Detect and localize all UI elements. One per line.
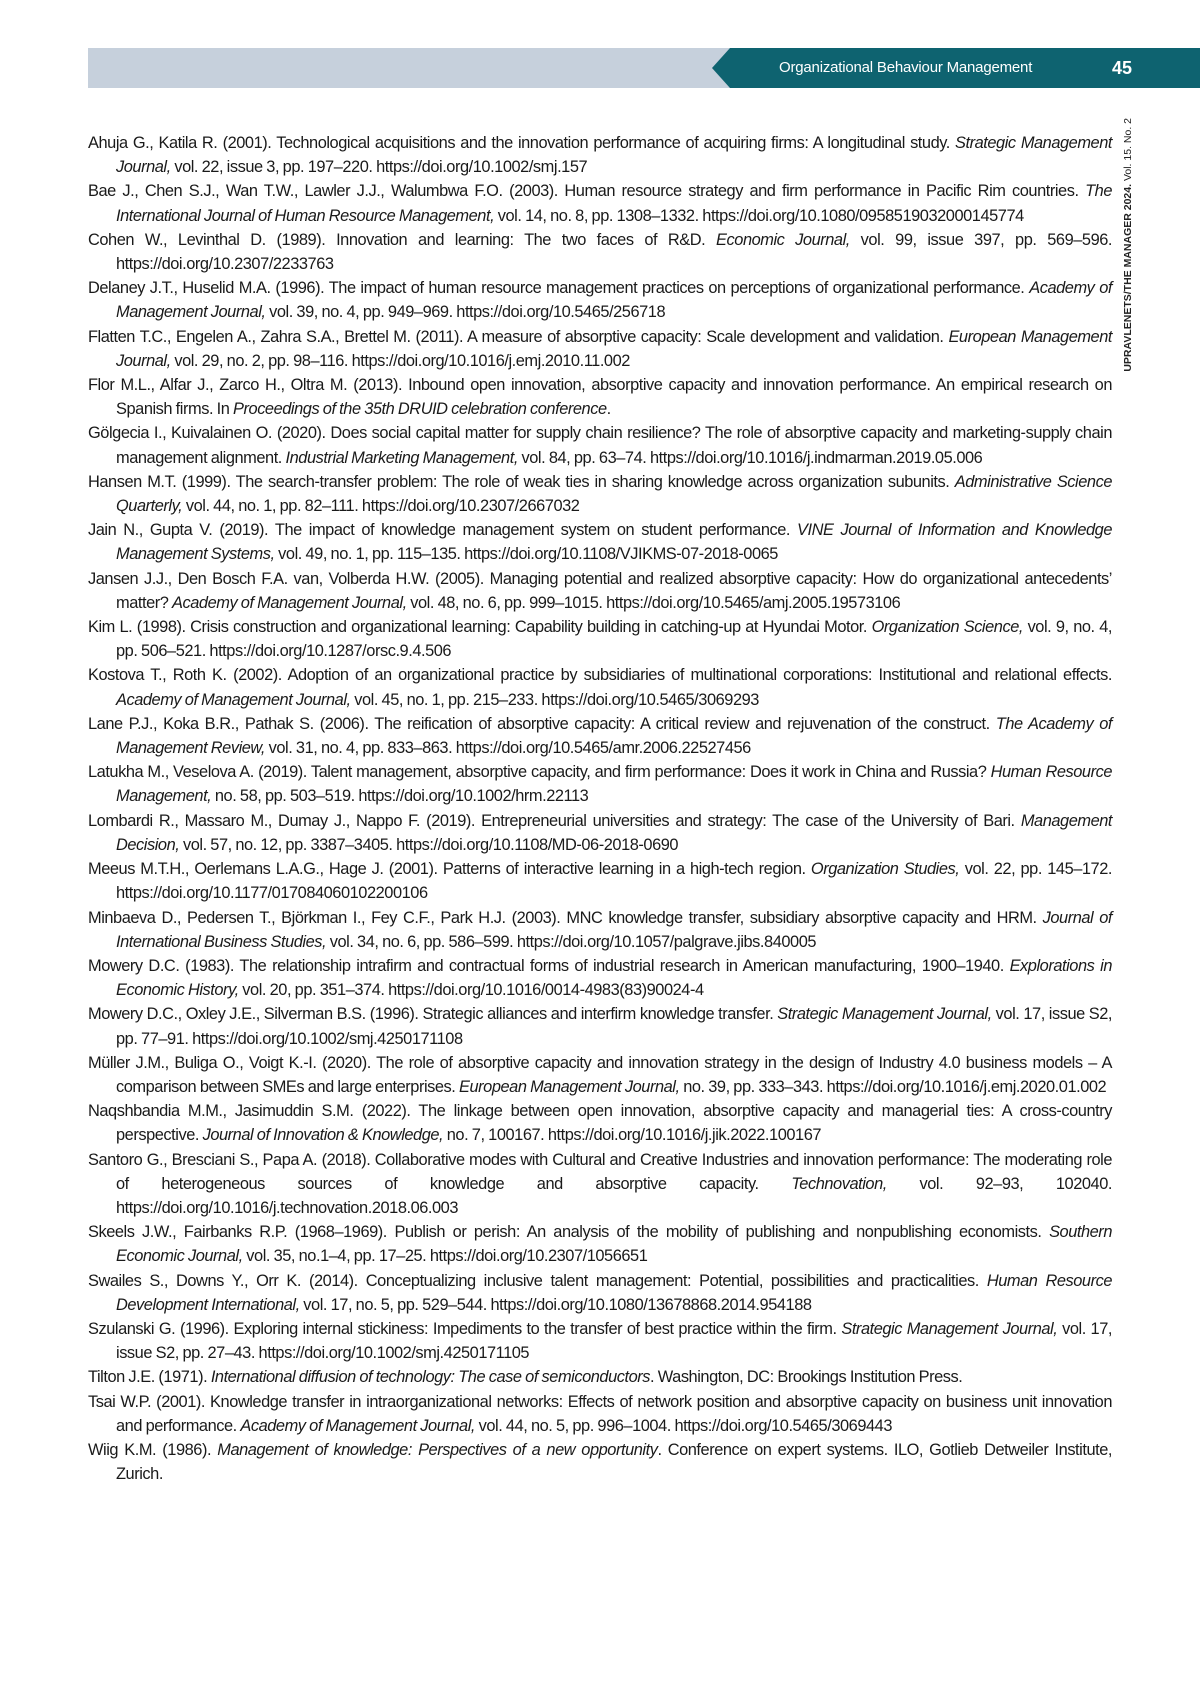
reference-source: Academy of Management Journal, xyxy=(172,594,407,612)
reference-source: Journal of Innovation & Knowledge, xyxy=(203,1126,444,1144)
reference-item: Lombardi R., Massaro M., Dumay J., Nappo… xyxy=(88,809,1112,857)
reference-item: Jain N., Gupta V. (2019). The impact of … xyxy=(88,518,1112,566)
reference-item: Ahuja G., Katila R. (2001). Technologica… xyxy=(88,131,1112,179)
reference-source: Academy of Management Journal, xyxy=(116,691,351,709)
reference-source: Technovation, xyxy=(791,1175,887,1193)
reference-item: Skeels J.W., Fairbanks R.P. (1968–1969).… xyxy=(88,1220,1112,1268)
reference-item: Gölgecia I., Kuivalainen O. (2020). Does… xyxy=(88,421,1112,469)
journal-issue: Vol. 15. No. 2 xyxy=(1122,118,1134,181)
reference-item: Naqshbandia M.M., Jasimuddin S.M. (2022)… xyxy=(88,1099,1112,1147)
reference-item: Cohen W., Levinthal D. (1989). Innovatio… xyxy=(88,228,1112,276)
reference-source: European Management Journal, xyxy=(459,1078,680,1096)
reference-source: Strategic Management Journal, xyxy=(777,1005,991,1023)
reference-item: Kostova T., Roth K. (2002). Adoption of … xyxy=(88,663,1112,711)
reference-item: Tilton J.E. (1971). International diffus… xyxy=(88,1365,1112,1389)
reference-item: Swailes S., Downs Y., Orr K. (2014). Con… xyxy=(88,1269,1112,1317)
reference-source: Industrial Marketing Management, xyxy=(286,449,518,467)
reference-item: Wiig K.M. (1986). Management of knowledg… xyxy=(88,1438,1112,1486)
reference-list: Ahuja G., Katila R. (2001). Technologica… xyxy=(88,131,1112,1486)
reference-source: Proceedings of the 35th DRUID celebratio… xyxy=(233,400,607,418)
reference-item: Lane P.J., Koka B.R., Pathak S. (2006). … xyxy=(88,712,1112,760)
reference-source: International diffusion of technology: T… xyxy=(211,1368,650,1386)
reference-item: Flatten T.C., Engelen A., Zahra S.A., Br… xyxy=(88,325,1112,373)
reference-item: Kim L. (1998). Crisis construction and o… xyxy=(88,615,1112,663)
reference-item: Minbaeva D., Pedersen T., Björkman I., F… xyxy=(88,906,1112,954)
reference-item: Tsai W.P. (2001). Knowledge transfer in … xyxy=(88,1390,1112,1438)
reference-item: Bae J., Chen S.J., Wan T.W., Lawler J.J.… xyxy=(88,179,1112,227)
reference-item: Flor M.L., Alfar J., Zarco H., Oltra M. … xyxy=(88,373,1112,421)
reference-item: Delaney J.T., Huselid M.A. (1996). The i… xyxy=(88,276,1112,324)
reference-source: Strategic Management Journal, xyxy=(841,1320,1057,1338)
reference-source: Management of knowledge: Perspectives of… xyxy=(217,1441,657,1459)
section-title: Organizational Behaviour Management xyxy=(779,48,1032,88)
reference-item: Mowery D.C. (1983). The relationship int… xyxy=(88,954,1112,1002)
reference-source: Organization Science, xyxy=(872,618,1023,636)
journal-side-label: UPRAVLENETS/THE MANAGER 2024. Vol. 15. N… xyxy=(1118,118,1138,418)
reference-item: Latukha M., Veselova A. (2019). Talent m… xyxy=(88,760,1112,808)
reference-item: Santoro G., Bresciani S., Papa A. (2018)… xyxy=(88,1148,1112,1221)
reference-source: Economic Journal, xyxy=(716,231,850,249)
reference-source: Organization Studies, xyxy=(811,860,959,878)
reference-item: Hansen M.T. (1999). The search-transfer … xyxy=(88,470,1112,518)
reference-source: Academy of Management Journal, xyxy=(240,1417,475,1435)
reference-item: Szulanski G. (1996). Exploring internal … xyxy=(88,1317,1112,1365)
reference-item: Jansen J.J., Den Bosch F.A. van, Volberd… xyxy=(88,567,1112,615)
reference-item: Müller J.M., Buliga O., Voigt K.-I. (202… xyxy=(88,1051,1112,1099)
journal-name: UPRAVLENETS/THE MANAGER 2024. xyxy=(1122,184,1134,372)
reference-item: Mowery D.C., Oxley J.E., Silverman B.S. … xyxy=(88,1002,1112,1050)
page-number: 45 xyxy=(1112,48,1132,88)
reference-item: Meeus M.T.H., Oerlemans L.A.G., Hage J. … xyxy=(88,857,1112,905)
